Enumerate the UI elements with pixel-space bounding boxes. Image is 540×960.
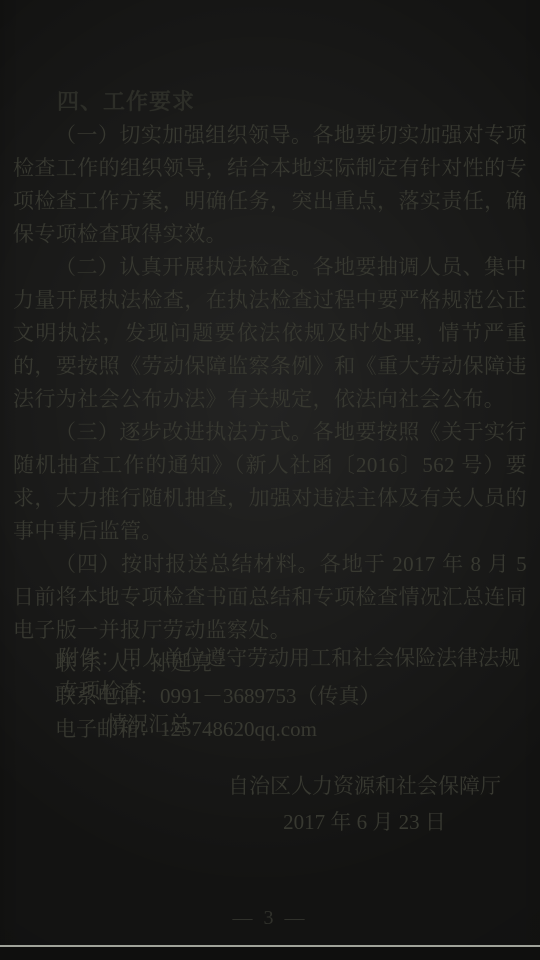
- paragraph-2: （二）认真开展执法检查。各地要抽调人员、集中力量开展执法检查，在执法检查过程中要…: [13, 251, 527, 416]
- section-heading: 四、工作要求: [13, 84, 527, 119]
- attachment-title: 用人单位遵守劳动用工和社会保险法律法规专项检查: [58, 646, 520, 703]
- attachment-line-2: 情况汇总: [13, 708, 527, 741]
- issue-date: 2017 年 6 月 23 日: [228, 804, 501, 840]
- signature-block: 自治区人力资源和社会保障厅 2017 年 6 月 23 日: [228, 768, 501, 840]
- attachment-label: 附件：: [58, 646, 121, 670]
- photo-bottom-edge: [0, 945, 540, 960]
- issuing-organization: 自治区人力资源和社会保障厅: [228, 768, 501, 804]
- attachment-block: 附件：用人单位遵守劳动用工和社会保险法律法规专项检查 情况汇总: [13, 642, 527, 741]
- paper-page: 四、工作要求 （一）切实加强组织领导。各地要切实加强对专项检查工作的组织领导，结…: [0, 0, 540, 947]
- page-number: — 3 —: [13, 902, 527, 935]
- paragraph-1: （一）切实加强组织领导。各地要切实加强对专项检查工作的组织领导，结合本地实际制定…: [13, 119, 527, 251]
- paragraph-4: （四）按时报送总结材料。各地于 2017 年 8 月 5 日前将本地专项检查书面…: [13, 548, 527, 647]
- attachment-line-1: 附件：用人单位遵守劳动用工和社会保险法律法规专项检查: [13, 642, 527, 708]
- document-body: 四、工作要求 （一）切实加强组织领导。各地要切实加强对专项检查工作的组织领导，结…: [13, 84, 527, 934]
- document-photo: 四、工作要求 （一）切实加强组织领导。各地要切实加强对专项检查工作的组织领导，结…: [0, 0, 540, 960]
- paragraph-3: （三）逐步改进执法方式。各地要按照《关于实行随机抽查工作的通知》（新人社函〔20…: [13, 416, 527, 548]
- signature-inner: 自治区人力资源和社会保障厅 2017 年 6 月 23 日: [228, 768, 501, 840]
